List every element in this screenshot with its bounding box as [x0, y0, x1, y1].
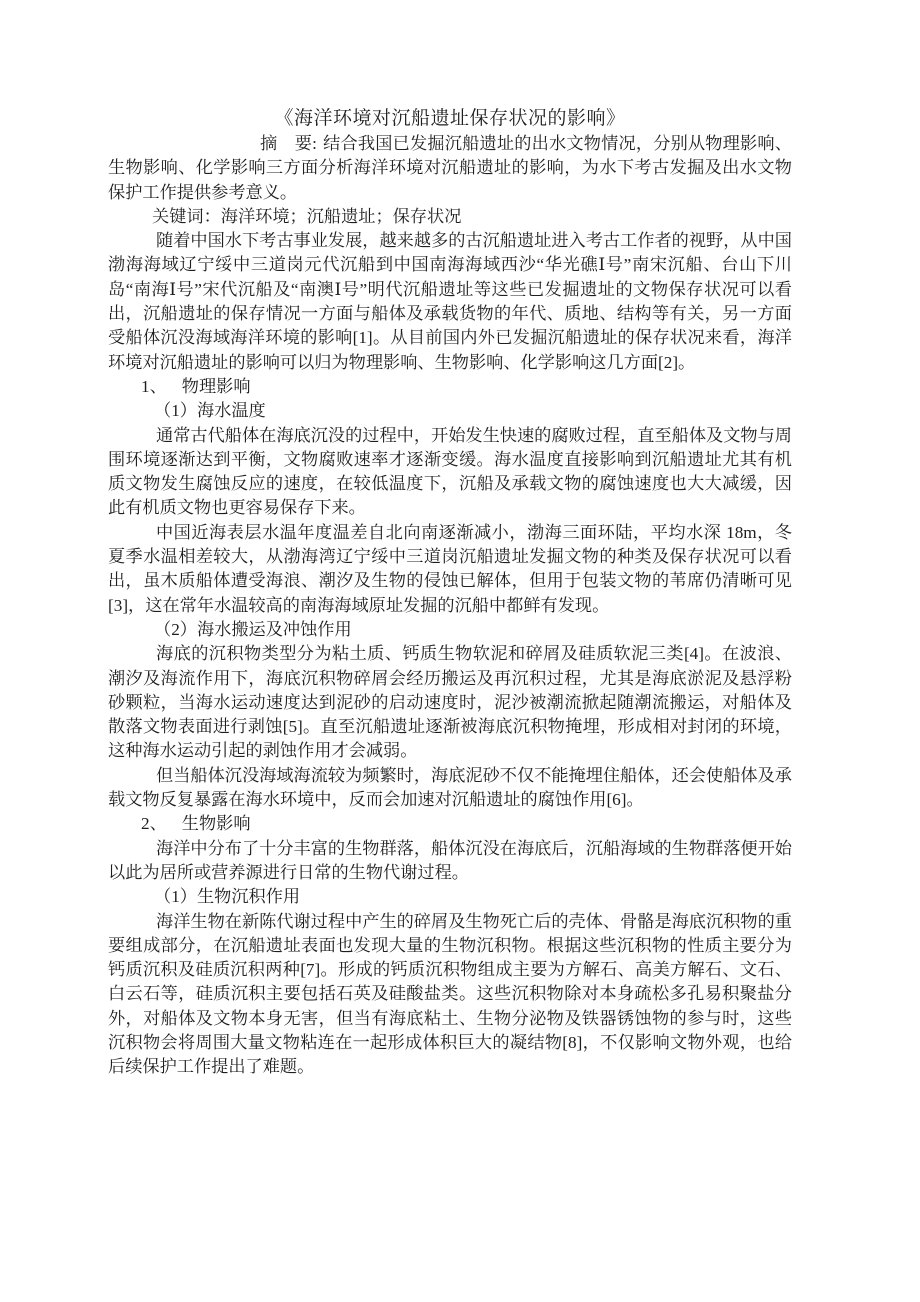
- page-title: 《海洋环境对沉船遗址保存状况的影响》: [108, 0, 792, 132]
- section-heading-number: 2、: [141, 814, 167, 833]
- keywords-line: 关键词：海洋环境；沉船遗址；保存状况: [108, 205, 792, 229]
- document-content: 《海洋环境对沉船遗址保存状况的影响》 摘 要:结合我国已发掘沉船遗址的出水文物情…: [108, 0, 792, 1080]
- keywords-text: 海洋环境；沉船遗址；保存状况: [221, 207, 462, 226]
- paragraph: 随着中国水下考古事业发展，越来越多的古沉船遗址进入考古工作者的视野，从中国渤海海…: [108, 229, 792, 375]
- section-heading-label: 物理影响: [182, 377, 251, 396]
- document-page: 《海洋环境对沉船遗址保存状况的影响》 摘 要:结合我国已发掘沉船遗址的出水文物情…: [0, 0, 920, 1302]
- section-heading: 1、物理影响: [108, 375, 792, 399]
- abstract-label: 摘 要:: [260, 134, 317, 153]
- section-heading: 2、生物影响: [108, 812, 792, 836]
- abstract-paragraph: 摘 要:结合我国已发掘沉船遗址的出水文物情况，分别从物理影响、生物影响、化学影响…: [108, 132, 792, 205]
- keywords-label: 关键词：: [152, 207, 221, 226]
- paragraph: 中国近海表层水温年度温差自北向南逐渐减小，渤海三面环陆，平均水深 18m，冬夏季…: [108, 521, 792, 618]
- sub-heading: （2）海水搬运及冲蚀作用: [108, 618, 792, 642]
- paragraph: 但当船体沉没海域海流较为频繁时，海底泥砂不仅不能掩埋住船体，还会使船体及承载文物…: [108, 764, 792, 813]
- sub-heading: （1）海水温度: [108, 399, 792, 423]
- paragraph: 通常古代船体在海底沉没的过程中，开始发生快速的腐败过程，直至船体及文物与周围环境…: [108, 424, 792, 521]
- paragraph: 海底的沉积物类型分为粘土质、钙质生物软泥和碎屑及硅质软泥三类[4]。在波浪、潮汐…: [108, 642, 792, 763]
- abstract-text: 结合我国已发掘沉船遗址的出水文物情况，分别从物理影响、生物影响、化学影响三方面分…: [108, 134, 792, 202]
- section-heading-number: 1、: [141, 377, 167, 396]
- paragraph: 海洋生物在新陈代谢过程中产生的碎屑及生物死亡后的壳体、骨骼是海底沉积物的重要组成…: [108, 910, 792, 1080]
- section-heading-label: 生物影响: [182, 814, 251, 833]
- paragraph: 海洋中分布了十分丰富的生物群落，船体沉没在海底后，沉船海域的生物群落便开始以此为…: [108, 837, 792, 886]
- sub-heading: （1）生物沉积作用: [108, 885, 792, 909]
